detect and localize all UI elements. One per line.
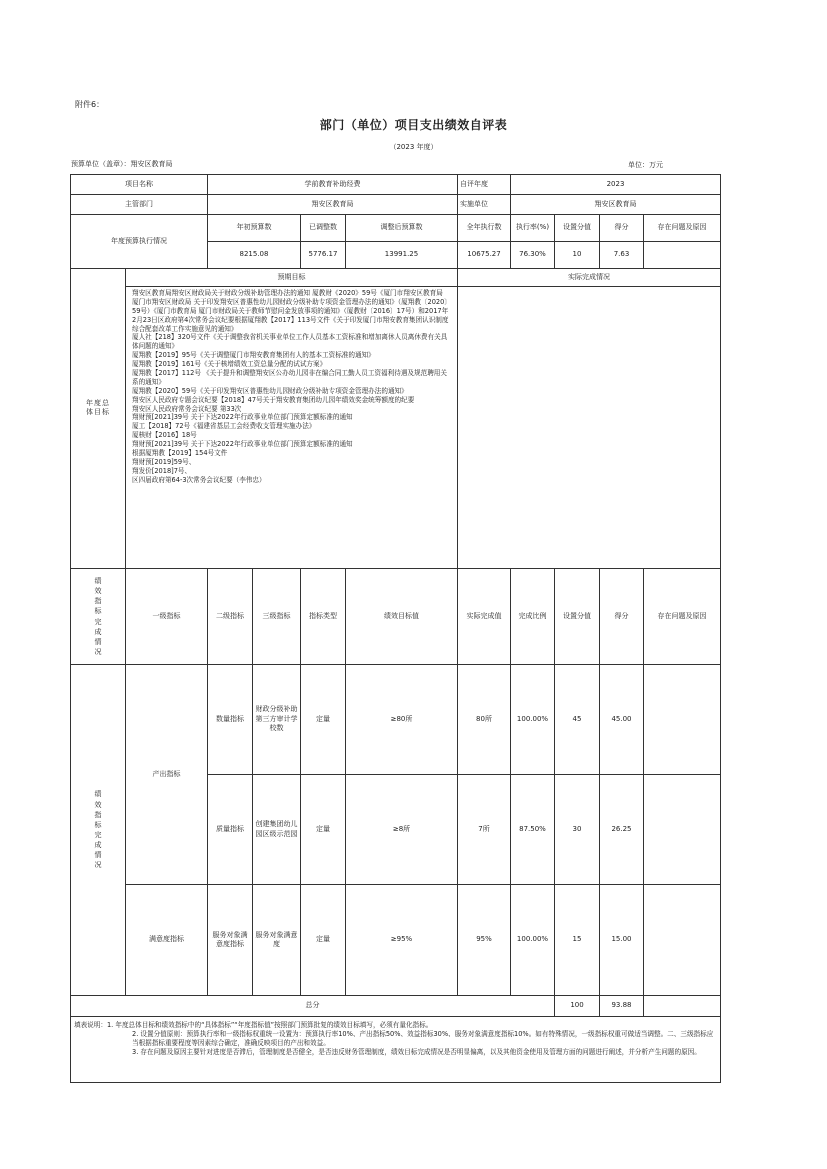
actual-value: 95% [458,885,511,996]
issue [644,775,721,885]
perf-header: 二级指标 [208,569,253,665]
budget-value: 76.30% [511,242,555,269]
dept-value: 翔安区教育局 [208,195,458,215]
impl-unit-label: 实施单位 [458,195,511,215]
weight: 15 [555,885,600,996]
project-name-label: 项目名称 [71,175,208,195]
row-budget-header: 年度预算执行情况 年初预算数 已调整数 调整后预算数 全年执行数 执行率(%) … [71,215,721,242]
budget-value: 7.63 [600,242,644,269]
goal-basis-line: 翔财预[2021]39号 关于下达2022年行政事业单位部门预算定额标准的通知 [132,440,451,449]
completion-ratio: 100.00% [511,665,555,775]
impl-unit-value: 翔安区教育局 [511,195,721,215]
issue [644,885,721,996]
indicator-type: 定量 [301,885,346,996]
goal-basis-line: 厦翔教【2019】161号《关于核增绩效工资总量分配的试试方案》 [132,360,451,369]
goal-basis-line: 厦翔教【2019】95号《关于调整厦门市翔安教育集团有人的基本工资标准的通知》 [132,351,451,360]
budget-unit: 预算单位（盖章）：翔安区教育局 [71,159,173,169]
perf-header: 完成比例 [511,569,555,665]
weight: 45 [555,665,600,775]
goal-basis-line: 区四届政府第64-3次常务会议纪要（李伟忠） [132,476,451,485]
budget-value: 13991.25 [346,242,458,269]
score: 15.00 [600,885,644,996]
issue [644,665,721,775]
budget-header: 存在问题及原因 [644,215,721,242]
note-2: 2. 设置分值原则：预算执行率和一级指标权重统一设置为：预算执行率10%、产出指… [74,1030,717,1048]
filling-notes: 填表说明：1. 年度总体目标和绩效指标中的“具体指标”“年度指标值”按照部门预算… [71,1017,721,1083]
weight: 30 [555,775,600,885]
score: 26.25 [600,775,644,885]
row-goals-header: 年度总体目标 预期目标 实际完成情况 [71,269,721,287]
level3-indicator: 创建集团幼儿园区级示范园 [253,775,301,885]
perf-header: 实际完成值 [458,569,511,665]
note-1: 填表说明：1. 年度总体目标和绩效指标中的“具体指标”“年度指标值”按照部门预算… [74,1021,717,1030]
note-3: 3. 存在问题及原因主要针对进度是否滞后，管理制度是否健全，是否违反财务管理制度… [74,1048,717,1057]
target-value: ≥95% [346,885,458,996]
goal-basis-line: 厦翔教【2017】112号 《关于提升和调整翔安区公办幼儿园非在编合同工勤人员工… [132,369,451,387]
budget-header: 执行率(%) [511,215,555,242]
budget-value: 10 [555,242,600,269]
score: 45.00 [600,665,644,775]
total-issue [644,996,721,1017]
total-label: 总分 [71,996,555,1017]
actual-value: 7所 [458,775,511,885]
level2-indicator: 质量指标 [208,775,253,885]
completion-ratio: 87.50% [511,775,555,885]
page-title: 部门（单位）项目支出绩效自评表 [0,116,827,133]
row-dept: 主管部门 翔安区教育局 实施单位 翔安区教育局 [71,195,721,215]
perf-header: 得分 [600,569,644,665]
expected-goals-label: 预期目标 [126,269,458,287]
perf-row: 绩效指标完成情况 产出指标 数量指标 财政分级补助第三方审计学校数 定量 ≥80… [71,665,721,775]
goals-section-label: 年度总体目标 [71,269,126,569]
level2-indicator: 数量指标 [208,665,253,775]
budget-section-label: 年度预算执行情况 [71,215,208,269]
budget-value: 5776.17 [301,242,346,269]
expected-goals-text: 翔安区教育局翔安区财政局关于财政分级补助管理办法的通知 厦教财《2020》59号… [126,287,458,569]
budget-value: 10675.27 [458,242,511,269]
eval-year-label: 自评年度 [458,175,511,195]
attachment-label: 附件6： [75,99,104,110]
indicator-type: 定量 [301,775,346,885]
perf-header: 设置分值 [555,569,600,665]
goal-basis-line: 翔安区人民政府专题会议纪要【2018】47号关于翔安教育集团幼儿园年绩效奖金统筹… [132,396,451,405]
row-project-name: 项目名称 学前教育补助经费 自评年度 2023 [71,175,721,195]
perf-section-label: 绩效指标完成情况 [71,665,126,996]
goal-basis-line: 厦核财【2016】18号 [132,431,451,440]
goal-basis-line: 翔安区教育局翔安区财政局关于财政分级补助管理办法的通知 厦教财《2020》59号… [132,289,451,333]
goal-basis-line: 厦人社【218】320号文件《关于调整我省机关事业单位工作人员基本工资标准和增加… [132,333,451,351]
budget-header: 年初预算数 [208,215,301,242]
perf-header: 三级指标 [253,569,301,665]
level3-indicator: 财政分级补助第三方审计学校数 [253,665,301,775]
budget-header: 得分 [600,215,644,242]
completion-ratio: 100.00% [511,885,555,996]
self-evaluation-table: 项目名称 学前教育补助经费 自评年度 2023 主管部门 翔安区教育局 实施单位… [70,174,721,1083]
perf-header: 绩效目标值 [346,569,458,665]
perf-header: 指标类型 [301,569,346,665]
goal-basis-line: 根据厦翔教【2019】154号文件 [132,449,451,458]
dept-label: 主管部门 [71,195,208,215]
goal-basis-line: 翔财预[2019]59号、 [132,458,451,467]
perf-header: 存在问题及原因 [644,569,721,665]
project-name-value: 学前教育补助经费 [208,175,458,195]
target-value: ≥80所 [346,665,458,775]
year-note: （2023 年度） [0,142,827,152]
perf-header-section: 绩效指标完成情况 [71,569,126,665]
budget-header: 设置分值 [555,215,600,242]
currency-unit: 单位：万元 [628,160,663,170]
actual-completion-label: 实际完成情况 [458,269,721,287]
level2-indicator: 服务对象满意度指标 [208,885,253,996]
perf-row: 满意度指标 服务对象满意度指标 服务对象满意度 定量 ≥95% 95% 100.… [71,885,721,996]
total-weight: 100 [555,996,600,1017]
row-perf-header: 绩效指标完成情况 一级指标 二级指标 三级指标 指标类型 绩效目标值 实际完成值… [71,569,721,665]
target-value: ≥8所 [346,775,458,885]
level1-indicator: 产出指标 [126,665,208,885]
goal-basis-line: 厦工【2018】72号《福建省基层工会经费收支管理实施办法》 [132,422,451,431]
level1-indicator: 满意度指标 [126,885,208,996]
goal-basis-line: 厦翔教【2020】59号《关于印发翔安区普惠性幼儿园财政分级补助专项资金管理办法… [132,387,451,396]
budget-value: 8215.08 [208,242,301,269]
perf-header: 一级指标 [126,569,208,665]
total-score: 93.88 [600,996,644,1017]
eval-year-value: 2023 [511,175,721,195]
actual-completion-text [458,287,721,569]
actual-value: 80所 [458,665,511,775]
budget-header: 已调整数 [301,215,346,242]
budget-header: 全年执行数 [458,215,511,242]
row-goals-content: 翔安区教育局翔安区财政局关于财政分级补助管理办法的通知 厦教财《2020》59号… [71,287,721,569]
budget-header: 调整后预算数 [346,215,458,242]
budget-value [644,242,721,269]
level3-indicator: 服务对象满意度 [253,885,301,996]
indicator-type: 定量 [301,665,346,775]
goal-basis-line: 翔发价[2018]7号、 [132,467,451,476]
row-total: 总分 100 93.88 [71,996,721,1017]
row-notes: 填表说明：1. 年度总体目标和绩效指标中的“具体指标”“年度指标值”按照部门预算… [71,1017,721,1083]
